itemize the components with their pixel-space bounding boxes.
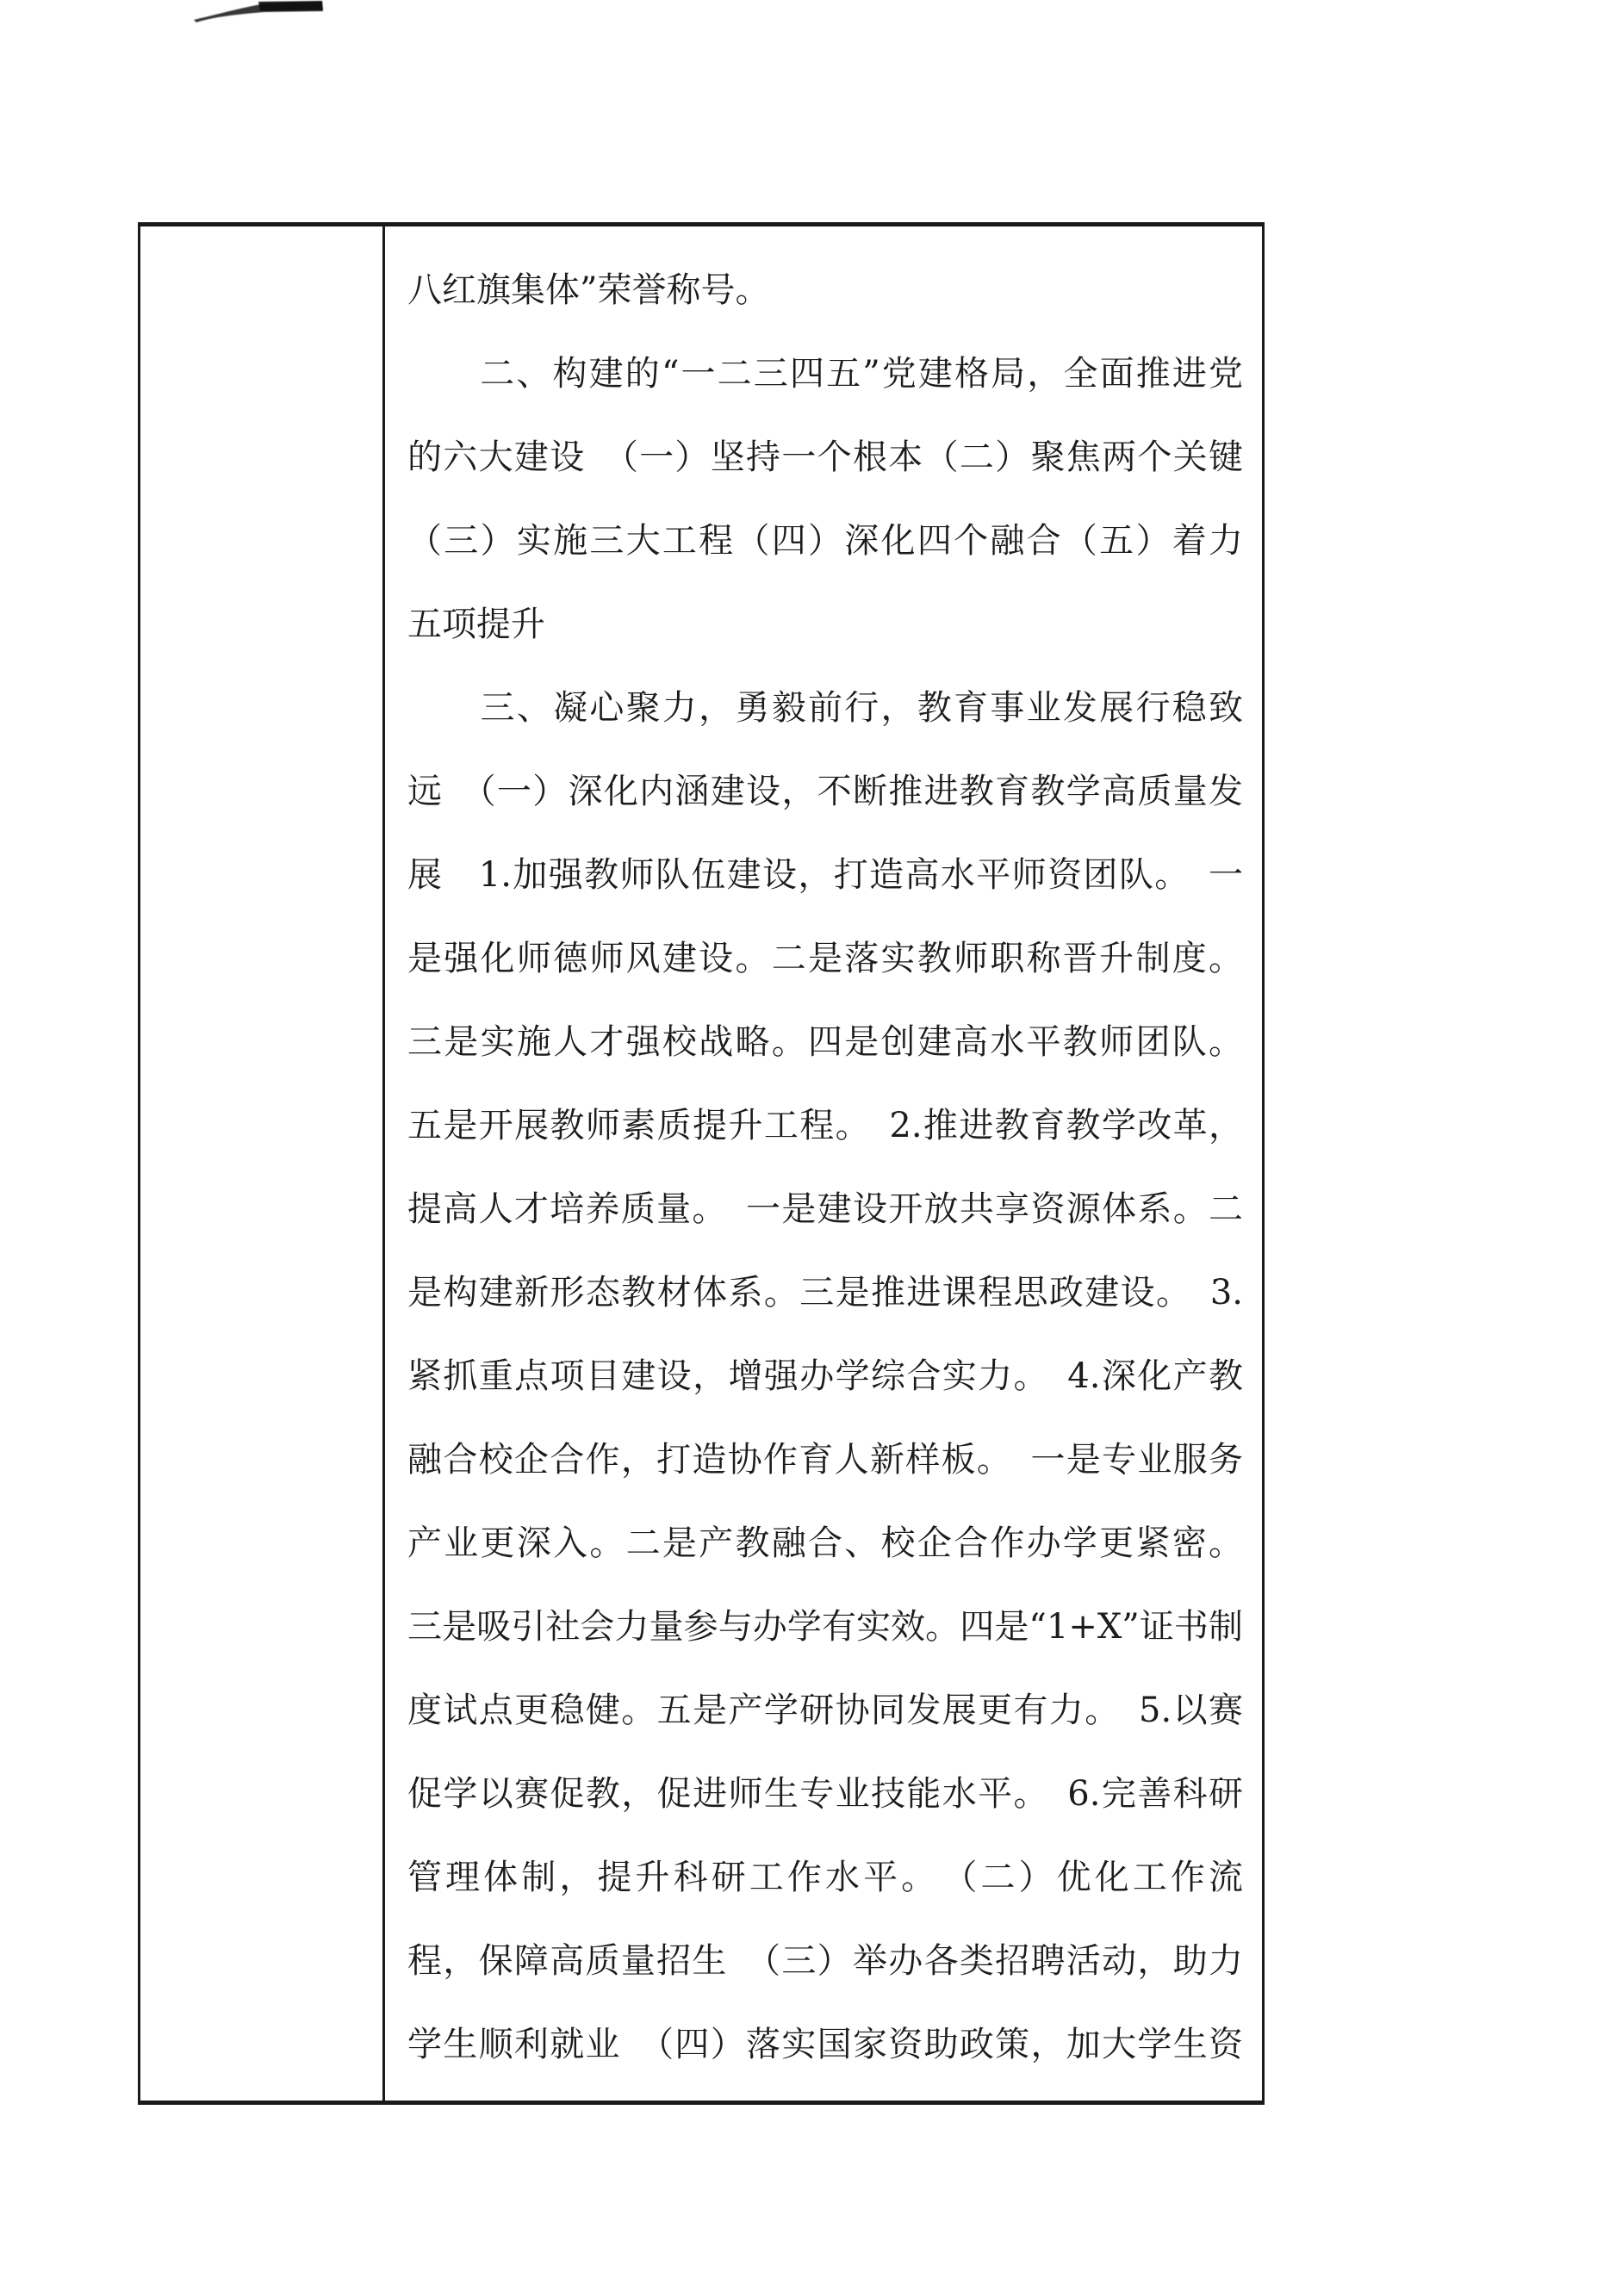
text-line: 是构建新形态教材体系。三是推进课程思政建设。 3.	[407, 1251, 1243, 1335]
scan-sheet: 八红旗集体”荣誉称号。 二、构建的“一二三四五”党建格局，全面推进党的六大建设 …	[0, 0, 1616, 2296]
text-line: 远 （一）深化内涵建设，不断推进教育教学高质量发	[407, 750, 1243, 834]
text-line: 是强化师德师风建设。二是落实教师职称晋升制度。	[407, 917, 1243, 1001]
text-line: 紧抓重点项目建设，增强办学综合实力。 4.深化产教	[407, 1335, 1243, 1418]
text-line: 展 1.加强教师队伍建设，打造高水平师资团队。 一	[407, 834, 1243, 917]
text-line: 五是开展教师素质提升工程。 2.推进教育教学改革，	[407, 1084, 1243, 1168]
scan-smudge-artifact	[0, 0, 362, 34]
text-line: 八红旗集体”荣誉称号。	[407, 249, 1243, 332]
table-right-cell: 八红旗集体”荣誉称号。 二、构建的“一二三四五”党建格局，全面推进党的六大建设 …	[385, 226, 1262, 2101]
report-table: 八红旗集体”荣誉称号。 二、构建的“一二三四五”党建格局，全面推进党的六大建设 …	[138, 222, 1265, 2105]
text-line: 的六大建设 （一）坚持一个根本（二）聚焦两个关键	[407, 416, 1243, 500]
text-line: 融合校企合作，打造协作育人新样板。 一是专业服务	[407, 1418, 1243, 1502]
text-line: 学生顺利就业 （四）落实国家资助政策，加大学生资	[407, 2003, 1243, 2087]
table-left-cell	[140, 226, 385, 2101]
text-line: 促学以赛促教，促进师生专业技能水平。 6.完善科研	[407, 1753, 1243, 1836]
text-line: 五项提升	[407, 583, 1243, 667]
text-line: 提高人才培养质量。 一是建设开放共享资源体系。二	[407, 1168, 1243, 1251]
scanned-document-page: { "page": { "background_color": "#ffffff…	[0, 0, 1616, 2296]
text-line: 二、构建的“一二三四五”党建格局，全面推进党	[407, 332, 1243, 416]
text-line: 程，保障高质量招生 （三）举办各类招聘活动，助力	[407, 1920, 1243, 2003]
text-line: 产业更深入。二是产教融合、校企合作办学更紧密。	[407, 1502, 1243, 1585]
text-line: 三是实施人才强校战略。四是创建高水平教师团队。	[407, 1001, 1243, 1084]
text-line: 管理体制，提升科研工作水平。 （二）优化工作流	[407, 1836, 1243, 1920]
text-line: 三是吸引社会力量参与办学有实效。四是“1+X”证书制	[407, 1585, 1243, 1669]
text-line: 三、凝心聚力，勇毅前行，教育事业发展行稳致	[407, 667, 1243, 750]
text-line: 度试点更稳健。五是产学研协同发展更有力。 5.以赛	[407, 1669, 1243, 1753]
text-line: （三）实施三大工程（四）深化四个融合（五）着力	[407, 500, 1243, 583]
